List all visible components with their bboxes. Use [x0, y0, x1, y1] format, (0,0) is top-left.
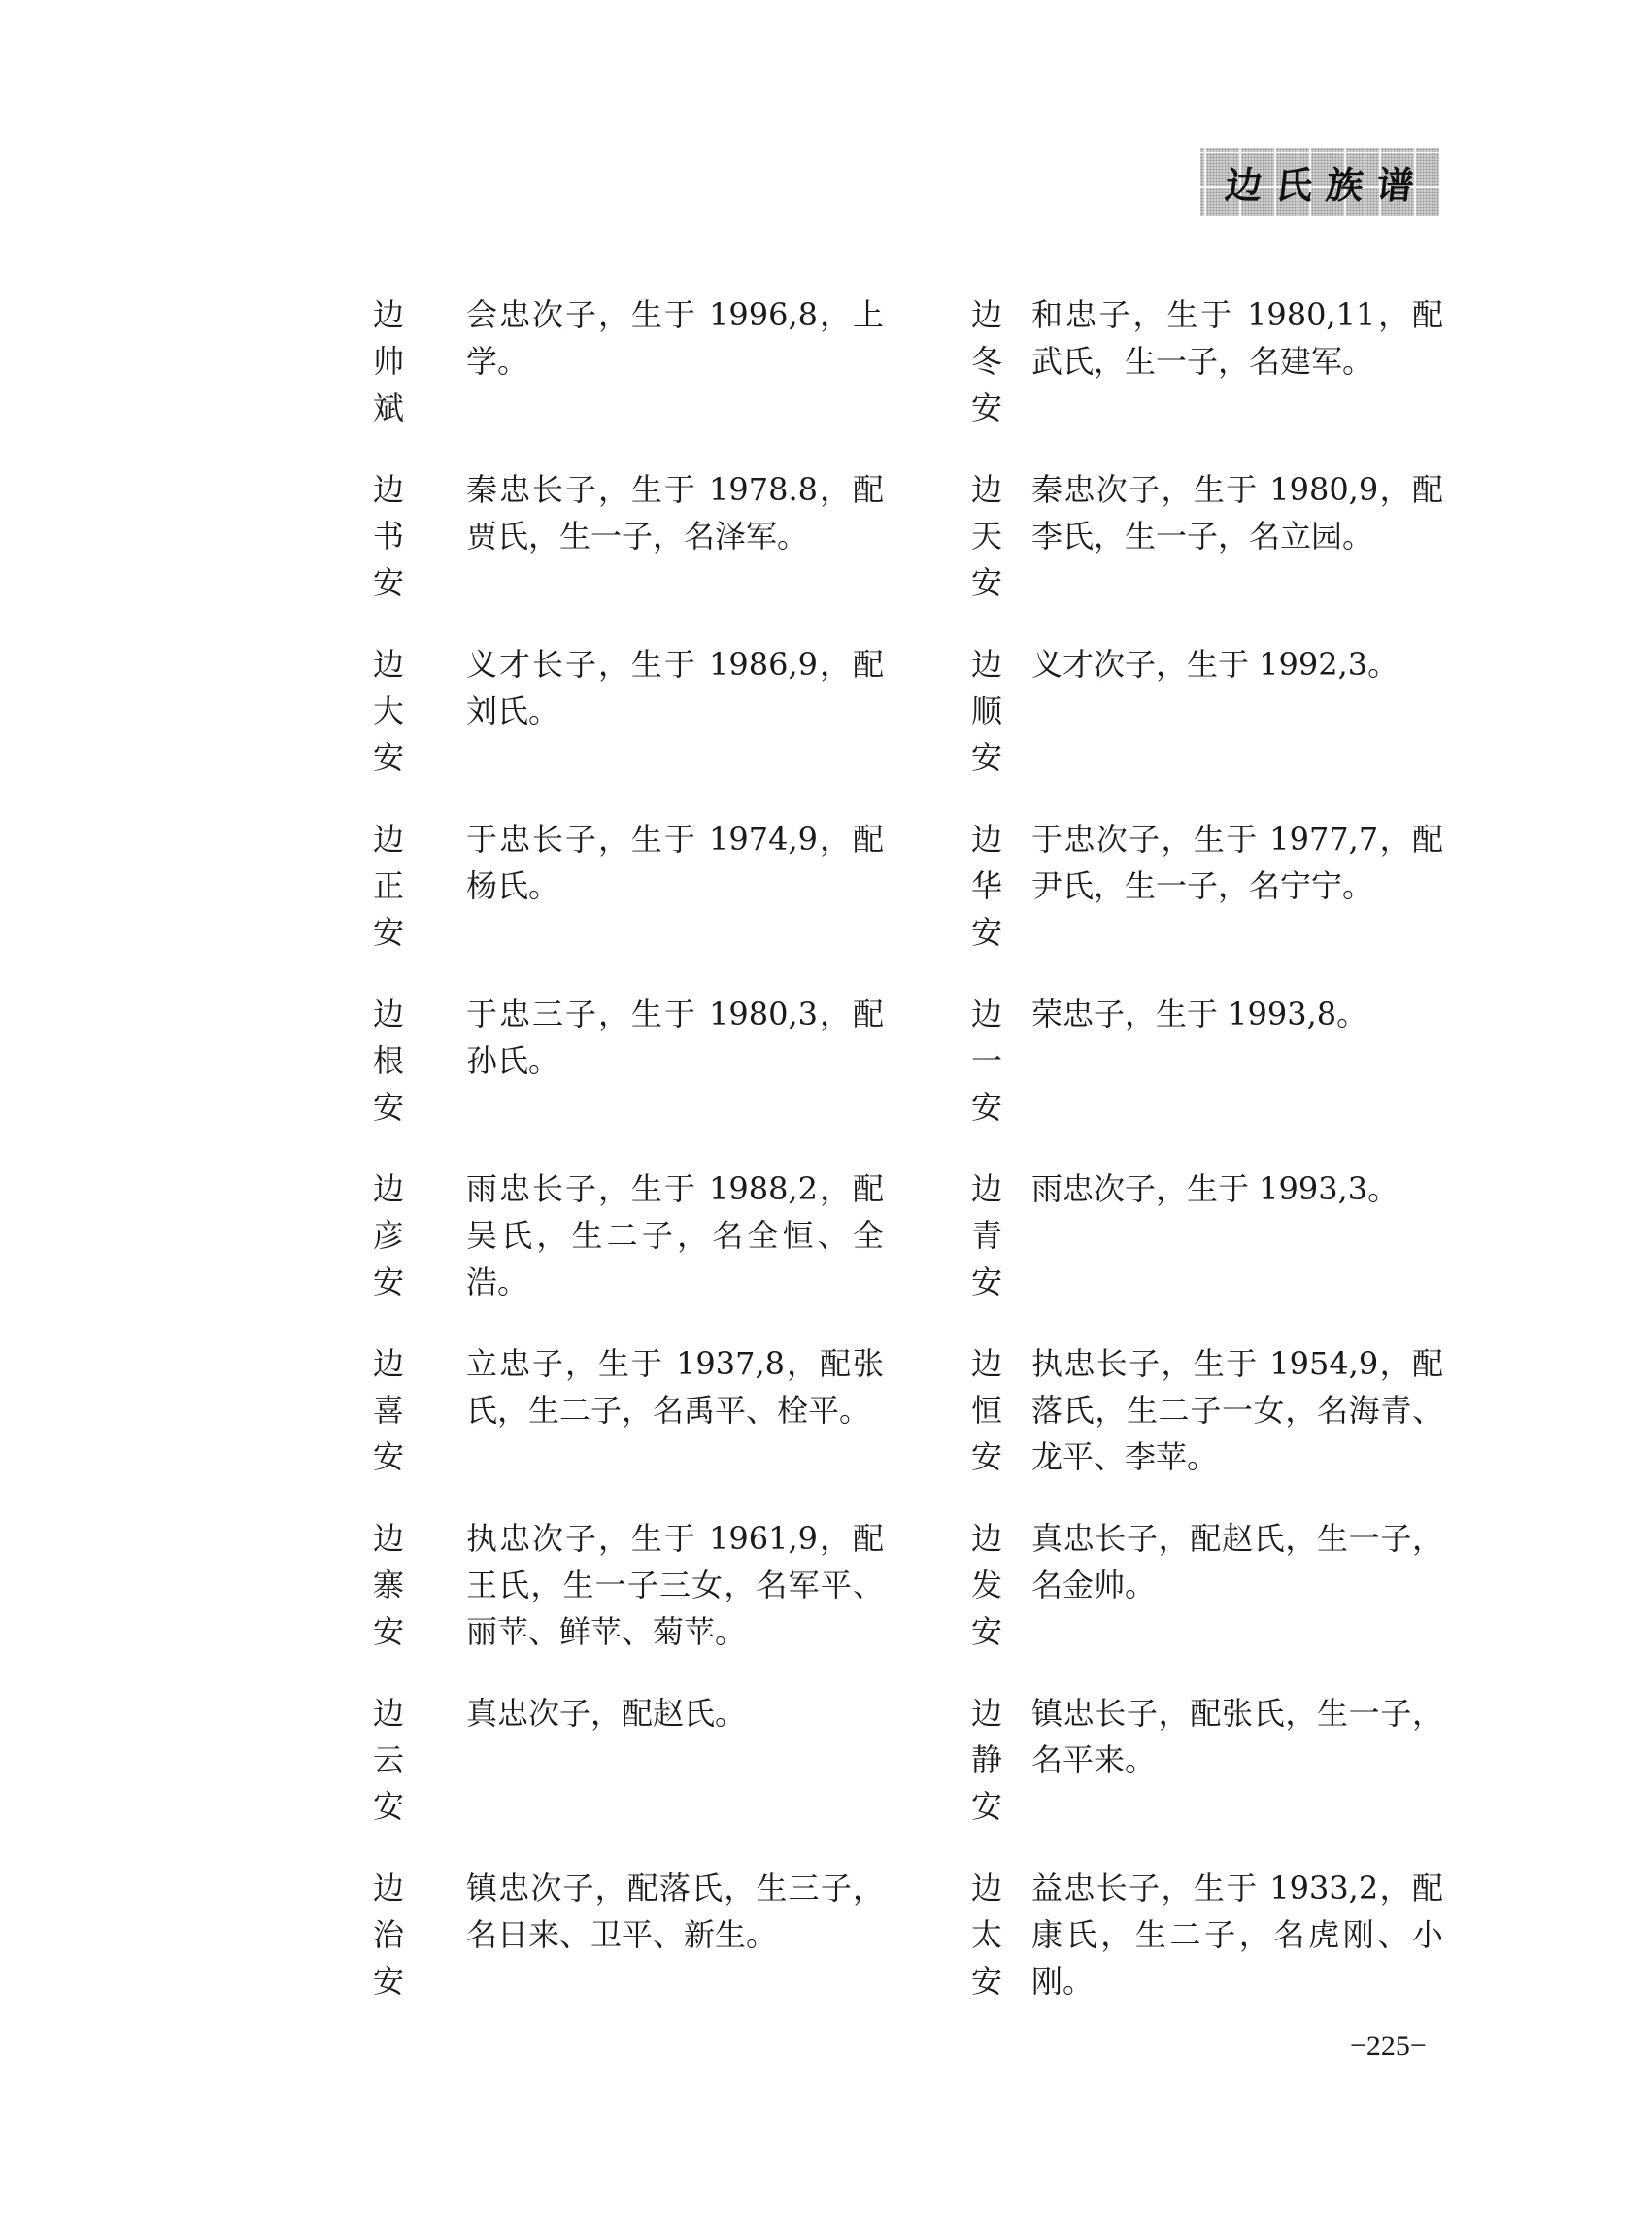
page-number: −225−	[1350, 2030, 1427, 2063]
genealogy-entry: 边静安 镇忠长子，配张氏，生一子，名平来。	[971, 1690, 1447, 1855]
person-name: 边一安	[971, 991, 1006, 1130]
genealogy-entry: 边寨安 执忠次子，生于 1961,9，配王氏，生一子三女，名军平、丽苹、鲜苹、菊…	[373, 1515, 897, 1680]
genealogy-entry: 边天安 秦忠次子，生于 1980,9，配李氏，生一子，名立园。	[971, 466, 1447, 631]
person-description: 义才次子，生于 1992,3。	[1031, 641, 1443, 688]
genealogy-entry: 边治安 镇忠次子，配落氏，生三子，名日来、卫平、新生。	[373, 1865, 897, 2030]
person-description: 雨忠长子，生于 1988,2，配吴氏，生二子，名全恒、全浩。	[466, 1165, 884, 1305]
genealogy-entry: 边恒安 执忠长子，生于 1954,9，配落氏，生二子一女，名海青、龙平、李苹。	[971, 1340, 1447, 1505]
person-name: 边治安	[373, 1865, 408, 2005]
person-name: 边帅斌	[373, 291, 408, 431]
header-banner: 边氏族谱	[1200, 148, 1439, 216]
genealogy-entry: 边一安 荣忠子，生于 1993,8。	[971, 991, 1447, 1156]
person-description: 执忠次子，生于 1961,9，配王氏，生一子三女，名军平、丽苹、鲜苹、菊苹。	[466, 1515, 884, 1655]
person-description: 立忠子，生于 1937,8，配张氏，生二子，名禹平、栓平。	[466, 1340, 884, 1433]
person-name: 边书安	[373, 466, 408, 606]
person-name: 边正安	[373, 816, 408, 956]
person-name: 边青安	[971, 1165, 1006, 1305]
person-name: 边太安	[971, 1865, 1006, 2005]
genealogy-entry: 边青安 雨忠次子，生于 1993,3。	[971, 1165, 1447, 1331]
person-name: 边冬安	[971, 291, 1006, 431]
person-name: 边大安	[373, 641, 408, 781]
person-description: 执忠长子，生于 1954,9，配落氏，生二子一女，名海青、龙平、李苹。	[1031, 1340, 1443, 1480]
person-description: 秦忠次子，生于 1980,9，配李氏，生一子，名立园。	[1031, 466, 1443, 559]
person-name: 边喜安	[373, 1340, 408, 1480]
genealogy-entry: 边发安 真忠长子，配赵氏，生一子，名金帅。	[971, 1515, 1447, 1680]
person-name: 边彦安	[373, 1165, 408, 1305]
person-description: 真忠长子，配赵氏，生一子，名金帅。	[1031, 1515, 1443, 1608]
person-description: 镇忠长子，配张氏，生一子，名平来。	[1031, 1690, 1443, 1783]
genealogy-entry: 边正安 于忠长子，生于 1974,9，配杨氏。	[373, 816, 897, 981]
person-description: 义才长子，生于 1986,9，配刘氏。	[466, 641, 884, 734]
person-description: 雨忠次子，生于 1993,3。	[1031, 1165, 1443, 1212]
genealogy-entry: 边根安 于忠三子，生于 1980,3，配孙氏。	[373, 991, 897, 1156]
genealogy-entry: 边华安 于忠次子，生于 1977,7，配尹氏，生一子，名宁宁。	[971, 816, 1447, 981]
person-name: 边寨安	[373, 1515, 408, 1655]
person-description: 于忠次子，生于 1977,7，配尹氏，生一子，名宁宁。	[1031, 816, 1443, 909]
person-description: 于忠长子，生于 1974,9，配杨氏。	[466, 816, 884, 909]
person-name: 边恒安	[971, 1340, 1006, 1480]
person-name: 边顺安	[971, 641, 1006, 781]
person-name: 边华安	[971, 816, 1006, 956]
genealogy-entry: 边冬安 和忠子，生于 1980,11，配武氏，生一子，名建军。	[971, 291, 1447, 456]
person-description: 和忠子，生于 1980,11，配武氏，生一子，名建军。	[1031, 291, 1443, 385]
person-name: 边静安	[971, 1690, 1006, 1830]
person-description: 镇忠次子，配落氏，生三子，名日来、卫平、新生。	[466, 1865, 884, 1958]
genealogy-entry: 边帅斌 会忠次子，生于 1996,8，上学。	[373, 291, 897, 456]
genealogy-entry: 边书安 秦忠长子，生于 1978.8，配贾氏，生一子，名泽军。	[373, 466, 897, 631]
genealogy-entry: 边顺安 义才次子，生于 1992,3。	[971, 641, 1447, 806]
person-description: 秦忠长子，生于 1978.8，配贾氏，生一子，名泽军。	[466, 466, 884, 559]
genealogy-entry: 边喜安 立忠子，生于 1937,8，配张氏，生二子，名禹平、栓平。	[373, 1340, 897, 1505]
person-description: 荣忠子，生于 1993,8。	[1031, 991, 1443, 1037]
person-description: 益忠长子，生于 1933,2，配康氏，生二子，名虎刚、小刚。	[1031, 1865, 1443, 2005]
genealogy-entry: 边云安 真忠次子，配赵氏。	[373, 1690, 897, 1855]
genealogy-entry: 边太安 益忠长子，生于 1933,2，配康氏，生二子，名虎刚、小刚。	[971, 1865, 1447, 2030]
genealogy-entry: 边大安 义才长子，生于 1986,9，配刘氏。	[373, 641, 897, 806]
person-name: 边发安	[971, 1515, 1006, 1655]
person-description: 于忠三子，生于 1980,3，配孙氏。	[466, 991, 884, 1084]
person-description: 真忠次子，配赵氏。	[466, 1690, 884, 1737]
genealogy-entry: 边彦安 雨忠长子，生于 1988,2，配吴氏，生二子，名全恒、全浩。	[373, 1165, 897, 1331]
person-name: 边云安	[373, 1690, 408, 1830]
person-description: 会忠次子，生于 1996,8，上学。	[466, 291, 884, 385]
person-name: 边天安	[971, 466, 1006, 606]
page-title: 边氏族谱	[1209, 155, 1431, 209]
person-name: 边根安	[373, 991, 408, 1130]
